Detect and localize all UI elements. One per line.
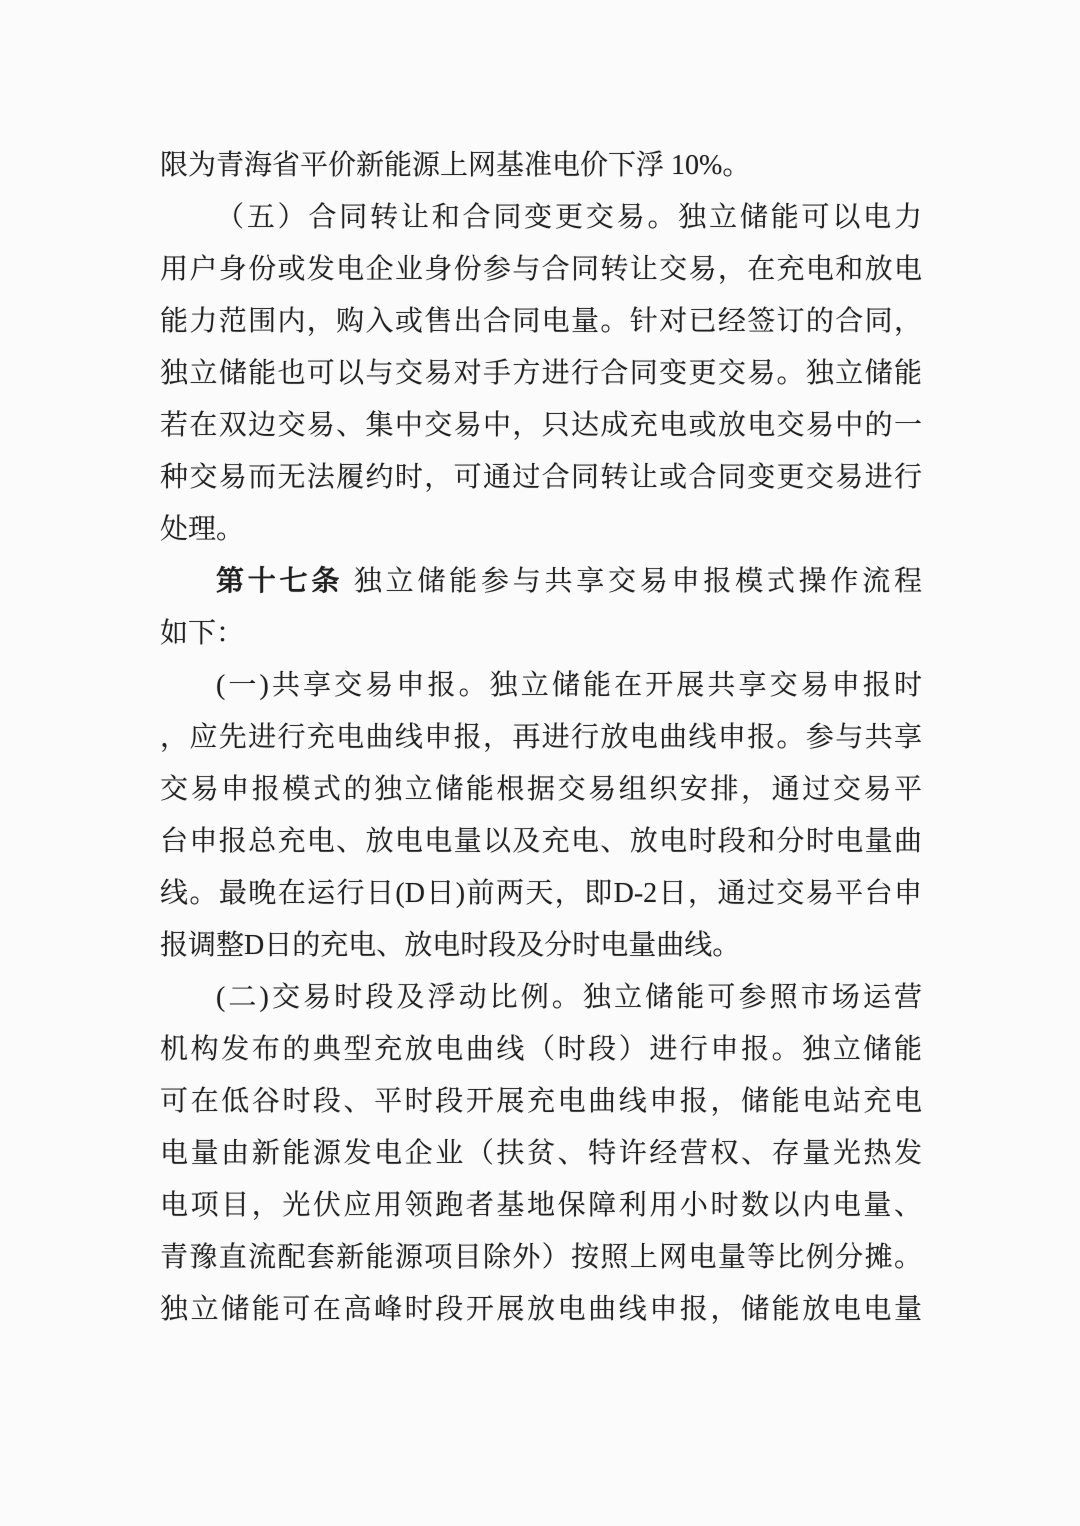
text-line: 报调整D日的充电、放电时段及分时电量曲线。 — [160, 920, 922, 972]
text-line: 可在低谷时段、平时段开展充电曲线申报，储能电站充电 — [160, 1076, 922, 1128]
text-line: 线。最晚在运行日(D日)前两天，即D-2日，通过交易平台申 — [160, 868, 922, 920]
text-line: ，应先进行充电曲线申报，再进行放电曲线申报。参与共享 — [160, 712, 922, 764]
text-line: 独立储能可在高峰时段开展放电曲线申报，储能放电电量 — [160, 1284, 922, 1336]
article-number: 第十七条 — [216, 566, 343, 597]
document-page: 限为青海省平价新能源上网基准电价下浮 10%。（五）合同转让和合同变更交易。独立… — [0, 0, 1080, 1526]
text-line: 如下： — [160, 608, 922, 660]
text-line: 交易申报模式的独立储能根据交易组织安排，通过交易平 — [160, 764, 922, 816]
text-line: 种交易而无法履约时，可通过合同转让或合同变更交易进行 — [160, 452, 922, 504]
text-line: 机构发布的典型充放电曲线（时段）进行申报。独立储能 — [160, 1024, 922, 1076]
text-line: 台申报总充电、放电电量以及充电、放电时段和分时电量曲 — [160, 816, 922, 868]
text-line: 电项目，光伏应用领跑者基地保障利用小时数以内电量、 — [160, 1180, 922, 1232]
text-column: 限为青海省平价新能源上网基准电价下浮 10%。（五）合同转让和合同变更交易。独立… — [160, 140, 922, 1336]
text-line: 独立储能也可以与交易对手方进行合同变更交易。独立储能 — [160, 348, 922, 400]
text-line: 青豫直流配套新能源项目除外）按照上网电量等比例分摊。 — [160, 1232, 922, 1284]
text-line: 用户身份或发电企业身份参与合同转让交易，在充电和放电 — [160, 244, 922, 296]
text-line: 处理。 — [160, 504, 922, 556]
text-line: (一)共享交易申报。独立储能在开展共享交易申报时 — [160, 660, 922, 712]
text-line: 第十七条 独立储能参与共享交易申报模式操作流程 — [160, 556, 922, 608]
text-line: 限为青海省平价新能源上网基准电价下浮 10%。 — [160, 140, 922, 192]
text-line: （五）合同转让和合同变更交易。独立储能可以电力 — [160, 192, 922, 244]
text-line: 能力范围内，购入或售出合同电量。针对已经签订的合同， — [160, 296, 922, 348]
text-line: (二)交易时段及浮动比例。独立储能可参照市场运营 — [160, 972, 922, 1024]
text-line: 若在双边交易、集中交易中，只达成充电或放电交易中的一 — [160, 400, 922, 452]
text-line: 电量由新能源发电企业（扶贫、特许经营权、存量光热发 — [160, 1128, 922, 1180]
